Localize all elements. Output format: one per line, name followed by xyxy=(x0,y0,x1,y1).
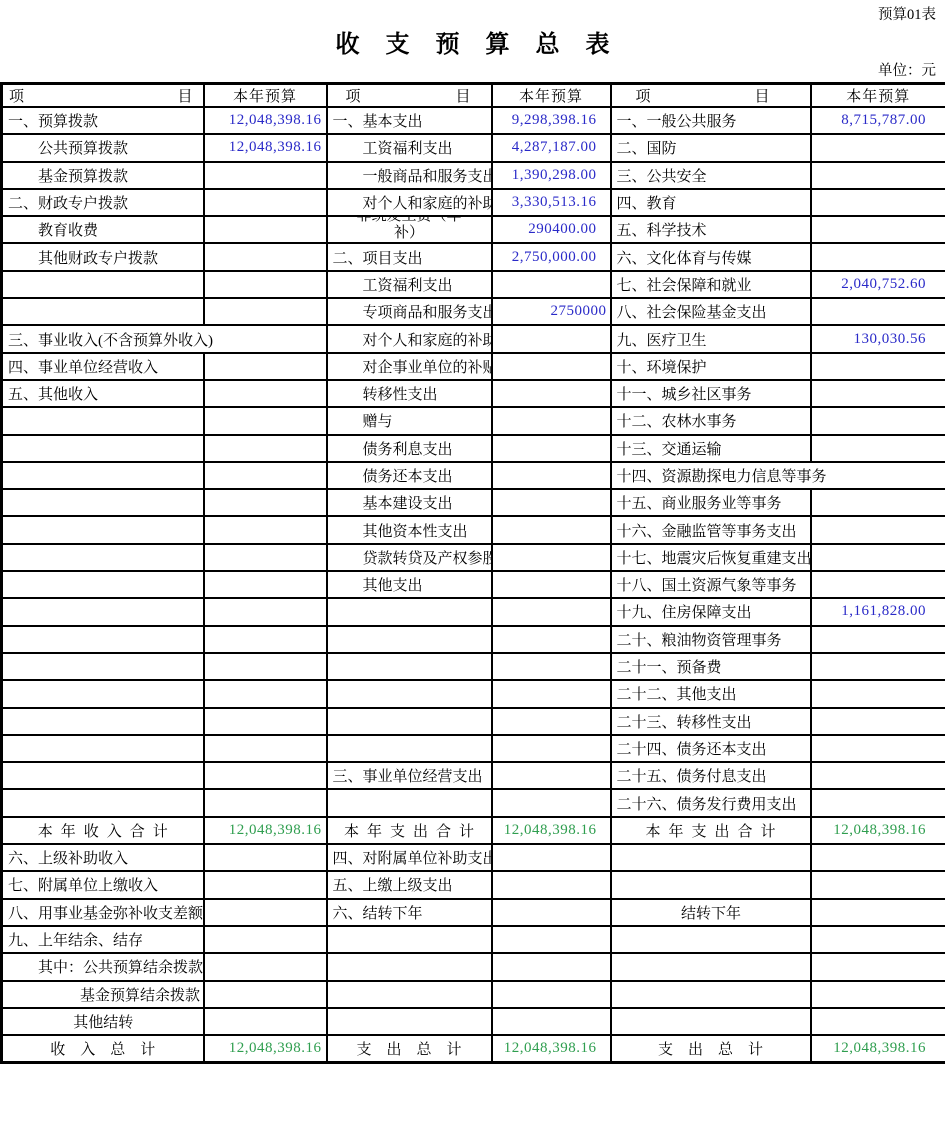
empty-label-cell xyxy=(611,981,811,1008)
empty-value-cell xyxy=(492,680,611,707)
empty-value-cell xyxy=(811,708,945,735)
table-row: 基金预算结余拨款 xyxy=(2,981,945,1008)
empty-value-cell xyxy=(492,489,611,516)
budget-value-cell: 2,040,752.60 xyxy=(811,271,945,298)
empty-value-cell xyxy=(492,653,611,680)
empty-value-cell xyxy=(811,899,945,926)
empty-label-cell xyxy=(327,1008,492,1035)
table-row: 本年收入合计12,048,398.16本年支出合计12,048,398.16本年… xyxy=(2,817,945,844)
empty-value-cell xyxy=(811,762,945,789)
item-label-cell: 基金预算结余拨款 xyxy=(2,981,204,1008)
header-item-left: 项 xyxy=(346,85,361,106)
item-label-cell: 其中：公共预算结余拨款 xyxy=(2,953,204,980)
budget-value-cell: 3,330,513.16 xyxy=(492,189,611,216)
budget-value-cell: 4,287,187.00 xyxy=(492,134,611,161)
empty-value-cell xyxy=(204,762,327,789)
item-label-cell: 二、项目支出 xyxy=(327,243,492,270)
empty-value-cell xyxy=(811,571,945,598)
item-label-cell: 五、科学技术 xyxy=(611,216,811,243)
empty-label-cell xyxy=(611,844,811,871)
empty-value-cell xyxy=(811,926,945,953)
empty-value-cell xyxy=(204,844,327,871)
budget-value-cell: 1,390,298.00 xyxy=(492,162,611,189)
item-label-cell: 五、其他收入 xyxy=(2,380,204,407)
item-label-cell: 对个人和家庭的补助 xyxy=(327,189,492,216)
empty-value-cell xyxy=(492,544,611,571)
item-label-cell: 八、社会保险基金支出 xyxy=(611,298,811,325)
table-row: 四、事业单位经营收入对企事业单位的补贴十、环境保护 xyxy=(2,353,945,380)
item-label-cell: 十一、城乡社区事务 xyxy=(611,380,811,407)
empty-value-cell xyxy=(204,380,327,407)
item-label-cell: 债务还本支出 xyxy=(327,462,492,489)
item-label-cell: 一般商品和服务支出 xyxy=(327,162,492,189)
item-label-cell: 四、事业单位经营收入 xyxy=(2,353,204,380)
budget-value-cell: 2,750,000.00 xyxy=(492,243,611,270)
item-label-cell: 二、财政专户拨款 xyxy=(2,189,204,216)
table-row: 七、附属单位上缴收入五、上缴上级支出 xyxy=(2,871,945,898)
item-label-cell: 四、对附属单位补助支出 xyxy=(327,844,492,871)
table-row: 十九、住房保障支出1,161,828.00 xyxy=(2,598,945,625)
table-row: 二十四、债务还本支出 xyxy=(2,735,945,762)
empty-label-cell xyxy=(327,735,492,762)
empty-label-cell xyxy=(2,271,204,298)
empty-value-cell xyxy=(204,516,327,543)
empty-label-cell xyxy=(327,653,492,680)
header-item-right: 目 xyxy=(754,85,769,106)
table-row: 五、其他收入转移性支出十一、城乡社区事务 xyxy=(2,380,945,407)
empty-label-cell xyxy=(327,981,492,1008)
item-label-cell: 本年支出合计 xyxy=(611,817,811,844)
empty-label-cell xyxy=(2,462,204,489)
empty-value-cell xyxy=(492,271,611,298)
empty-value-cell xyxy=(811,489,945,516)
table-row: 二十三、转移性支出 xyxy=(2,708,945,735)
empty-value-cell xyxy=(204,871,327,898)
header-item-left: 项 xyxy=(636,85,651,106)
item-label-cell: 九、上年结余、结存 xyxy=(2,926,204,953)
item-label-cell: 四、教育 xyxy=(611,189,811,216)
table-row: 债务还本支出十四、资源勘探电力信息等事务 xyxy=(2,462,945,489)
budget-value-cell: 12,048,398.16 xyxy=(204,134,327,161)
header-item-left: 项 xyxy=(9,85,24,106)
table-row: 二十一、预备费 xyxy=(2,653,945,680)
item-label-cell: 十六、金融监管等事务支出 xyxy=(611,516,811,543)
item-label-cell: 七、附属单位上缴收入 xyxy=(2,871,204,898)
budget-value-cell: 8,715,787.00 xyxy=(811,107,945,134)
empty-label-cell xyxy=(611,926,811,953)
budget-value-cell: 9,298,398.16 xyxy=(492,107,611,134)
budget-value-cell: 12,048,398.16 xyxy=(204,1035,327,1062)
empty-value-cell xyxy=(811,162,945,189)
empty-value-cell xyxy=(492,762,611,789)
table-row: 工资福利支出七、社会保障和就业2,040,752.60 xyxy=(2,271,945,298)
empty-value-cell xyxy=(204,462,327,489)
empty-value-cell xyxy=(204,544,327,571)
table-row: 债务利息支出十三、交通运输 xyxy=(2,435,945,462)
item-label-cell: 赠与 xyxy=(327,407,492,434)
table-row: 其他支出十八、国土资源气象等事务 xyxy=(2,571,945,598)
item-label-cell: 十五、商业服务业等事务 xyxy=(611,489,811,516)
empty-value-cell xyxy=(811,735,945,762)
empty-label-cell xyxy=(611,1008,811,1035)
item-label-cell: 教育收费 xyxy=(2,216,204,243)
empty-value-cell xyxy=(204,680,327,707)
budget-table: 项 目 本年预算 项 目 本年预算 项 目 xyxy=(0,82,945,1064)
empty-value-cell xyxy=(492,380,611,407)
empty-value-cell xyxy=(204,162,327,189)
empty-label-cell xyxy=(2,762,204,789)
item-label-cell: 工资福利支出 xyxy=(327,271,492,298)
item-label-cell: 其他支出 xyxy=(327,571,492,598)
item-label-cell: 二十一、预备费 xyxy=(611,653,811,680)
header-item-right: 目 xyxy=(455,85,470,106)
column-header-item-2: 项 目 xyxy=(327,84,492,108)
empty-label-cell xyxy=(2,626,204,653)
empty-value-cell xyxy=(204,708,327,735)
empty-label-cell xyxy=(2,680,204,707)
empty-value-cell xyxy=(811,353,945,380)
table-row: 其他资本性支出十六、金融监管等事务支出 xyxy=(2,516,945,543)
empty-value-cell xyxy=(811,216,945,243)
table-row: 一、预算拨款12,048,398.16一、基本支出9,298,398.16一、一… xyxy=(2,107,945,134)
empty-value-cell xyxy=(811,407,945,434)
empty-value-cell xyxy=(492,708,611,735)
empty-value-cell xyxy=(204,571,327,598)
budget-document-page: 预算01表 收支预算总表 单位：元 项 目 本年预算 项 xyxy=(0,0,945,1137)
item-label-cell: 转移性支出 xyxy=(327,380,492,407)
item-label-cell: 其他财政专户拨款 xyxy=(2,243,204,270)
item-label-cell: 十二、农林水事务 xyxy=(611,407,811,434)
item-label-cell: 非统发工资（年补） xyxy=(327,216,492,243)
table-row: 二十二、其他支出 xyxy=(2,680,945,707)
item-label-cell: 三、公共安全 xyxy=(611,162,811,189)
empty-value-cell xyxy=(204,1008,327,1035)
item-label-cell: 十七、地震灾后恢复重建支出 xyxy=(611,544,811,571)
item-label-cell: 六、文化体育与传媒 xyxy=(611,243,811,270)
item-label-cell: 二十四、债务还本支出 xyxy=(611,735,811,762)
empty-value-cell xyxy=(811,981,945,1008)
empty-label-cell xyxy=(327,598,492,625)
empty-value-cell xyxy=(204,789,327,816)
empty-label-cell xyxy=(2,789,204,816)
empty-label-cell xyxy=(611,953,811,980)
item-label-cell: 公共预算拨款 xyxy=(2,134,204,161)
form-number: 预算01表 xyxy=(878,3,936,24)
budget-value-cell: 2750000 xyxy=(492,298,611,325)
table-row: 三、事业收入(不含预算外收入)对个人和家庭的补助九、医疗卫生130,030.56 xyxy=(2,325,945,352)
empty-value-cell xyxy=(492,789,611,816)
empty-label-cell xyxy=(327,708,492,735)
item-label-cell: 三、事业收入(不含预算外收入) xyxy=(2,325,327,352)
column-header-budget-1: 本年预算 xyxy=(204,84,327,108)
item-label-cell: 贷款转贷及产权参股 xyxy=(327,544,492,571)
table-row: 基本建设支出十五、商业服务业等事务 xyxy=(2,489,945,516)
empty-label-cell xyxy=(2,708,204,735)
budget-value-cell: 12,048,398.16 xyxy=(204,817,327,844)
empty-label-cell xyxy=(2,516,204,543)
empty-value-cell xyxy=(492,735,611,762)
empty-value-cell xyxy=(811,298,945,325)
empty-value-cell xyxy=(492,981,611,1008)
budget-value-cell: 12,048,398.16 xyxy=(811,1035,945,1062)
table-header-row: 项 目 本年预算 项 目 本年预算 项 目 xyxy=(2,84,945,108)
empty-value-cell xyxy=(811,871,945,898)
empty-value-cell xyxy=(204,271,327,298)
item-label-cell: 二十五、债务付息支出 xyxy=(611,762,811,789)
item-label-cell: 一、一般公共服务 xyxy=(611,107,811,134)
table-row: 教育收费非统发工资（年补）290400.00五、科学技术 xyxy=(2,216,945,243)
item-label-cell: 十三、交通运输 xyxy=(611,435,811,462)
empty-value-cell xyxy=(811,516,945,543)
table-row: 二十六、债务发行费用支出 xyxy=(2,789,945,816)
table-row: 二、财政专户拨款对个人和家庭的补助3,330,513.16四、教育 xyxy=(2,189,945,216)
empty-value-cell xyxy=(204,407,327,434)
table-row: 二十、粮油物资管理事务 xyxy=(2,626,945,653)
empty-label-cell xyxy=(2,407,204,434)
item-label-cell: 收入总计 xyxy=(2,1035,204,1062)
item-label-cell: 六、结转下年 xyxy=(327,899,492,926)
table-row: 其他结转 xyxy=(2,1008,945,1035)
empty-value-cell xyxy=(492,926,611,953)
empty-label-cell xyxy=(2,735,204,762)
empty-label-cell xyxy=(2,435,204,462)
empty-value-cell xyxy=(204,216,327,243)
item-label-wrapped: 非统发工资（年补） xyxy=(349,216,469,241)
empty-value-cell xyxy=(204,626,327,653)
budget-table-body: 一、预算拨款12,048,398.16一、基本支出9,298,398.16一、一… xyxy=(2,107,945,1062)
empty-value-cell xyxy=(811,435,945,462)
item-label-cell: 一、基本支出 xyxy=(327,107,492,134)
empty-value-cell xyxy=(492,899,611,926)
empty-value-cell xyxy=(204,735,327,762)
empty-value-cell xyxy=(204,653,327,680)
empty-label-cell xyxy=(327,680,492,707)
empty-value-cell xyxy=(811,243,945,270)
item-label-cell: 八、用事业基金弥补收支差额 xyxy=(2,899,204,926)
empty-value-cell xyxy=(492,953,611,980)
table-row: 其他财政专户拨款二、项目支出2,750,000.00六、文化体育与传媒 xyxy=(2,243,945,270)
item-label-cell: 债务利息支出 xyxy=(327,435,492,462)
budget-value-cell: 290400.00 xyxy=(492,216,611,243)
budget-value-cell: 12,048,398.16 xyxy=(492,817,611,844)
table-row: 专项商品和服务支出2750000八、社会保险基金支出 xyxy=(2,298,945,325)
column-header-item-1: 项 目 xyxy=(2,84,204,108)
empty-value-cell xyxy=(811,653,945,680)
table-row: 收入总计12,048,398.16支出总计12,048,398.16支出总计12… xyxy=(2,1035,945,1062)
page-title: 收支预算总表 xyxy=(336,24,636,59)
empty-value-cell xyxy=(811,680,945,707)
empty-value-cell xyxy=(204,435,327,462)
empty-value-cell xyxy=(492,407,611,434)
empty-value-cell xyxy=(492,844,611,871)
item-label-cell: 一、预算拨款 xyxy=(2,107,204,134)
empty-value-cell xyxy=(204,981,327,1008)
empty-value-cell xyxy=(204,243,327,270)
empty-value-cell xyxy=(811,134,945,161)
empty-value-cell xyxy=(492,871,611,898)
empty-label-cell xyxy=(2,298,204,325)
empty-value-cell xyxy=(811,1008,945,1035)
empty-value-cell xyxy=(204,189,327,216)
table-row: 八、用事业基金弥补收支差额六、结转下年结转下年 xyxy=(2,899,945,926)
item-label-cell: 十、环境保护 xyxy=(611,353,811,380)
item-label-cell: 基金预算拨款 xyxy=(2,162,204,189)
item-label-cell: 二十六、债务发行费用支出 xyxy=(611,789,811,816)
empty-value-cell xyxy=(492,325,611,352)
item-label-cell: 工资福利支出 xyxy=(327,134,492,161)
item-label-cell: 五、上缴上级支出 xyxy=(327,871,492,898)
item-label-cell: 专项商品和服务支出 xyxy=(327,298,492,325)
unit-label: 单位：元 xyxy=(878,59,936,80)
empty-label-cell xyxy=(2,544,204,571)
empty-value-cell xyxy=(492,571,611,598)
empty-label-cell xyxy=(327,926,492,953)
empty-value-cell xyxy=(811,953,945,980)
budget-value-cell: 1,161,828.00 xyxy=(811,598,945,625)
item-label-cell: 基本建设支出 xyxy=(327,489,492,516)
empty-value-cell xyxy=(492,1008,611,1035)
empty-value-cell xyxy=(811,380,945,407)
item-label-cell: 十四、资源勘探电力信息等事务 xyxy=(611,462,945,489)
column-header-budget-3: 本年预算 xyxy=(811,84,945,108)
empty-value-cell xyxy=(204,598,327,625)
item-label-cell: 支出总计 xyxy=(327,1035,492,1062)
item-label-cell: 十八、国土资源气象等事务 xyxy=(611,571,811,598)
empty-value-cell xyxy=(204,953,327,980)
item-label-cell: 六、上级补助收入 xyxy=(2,844,204,871)
item-label-cell: 其他结转 xyxy=(2,1008,204,1035)
empty-label-cell xyxy=(2,489,204,516)
item-label-cell: 二十二、其他支出 xyxy=(611,680,811,707)
header-item-right: 目 xyxy=(177,85,192,106)
table-row: 公共预算拨款12,048,398.16工资福利支出4,287,187.00二、国… xyxy=(2,134,945,161)
table-row: 赠与十二、农林水事务 xyxy=(2,407,945,434)
empty-value-cell xyxy=(492,353,611,380)
table-row: 其中：公共预算结余拨款 xyxy=(2,953,945,980)
empty-value-cell xyxy=(811,626,945,653)
table-row: 基金预算拨款一般商品和服务支出1,390,298.00三、公共安全 xyxy=(2,162,945,189)
item-label-cell: 十九、住房保障支出 xyxy=(611,598,811,625)
empty-value-cell xyxy=(204,899,327,926)
empty-label-cell xyxy=(2,571,204,598)
empty-label-cell xyxy=(327,626,492,653)
empty-value-cell xyxy=(204,298,327,325)
empty-value-cell xyxy=(811,844,945,871)
budget-value-cell: 12,048,398.16 xyxy=(492,1035,611,1062)
item-label-cell: 对个人和家庭的补助 xyxy=(327,325,492,352)
item-label-cell: 支出总计 xyxy=(611,1035,811,1062)
item-label-cell: 九、医疗卫生 xyxy=(611,325,811,352)
item-label-cell: 七、社会保障和就业 xyxy=(611,271,811,298)
empty-label-cell xyxy=(611,871,811,898)
item-label-cell: 二十、粮油物资管理事务 xyxy=(611,626,811,653)
item-label-cell: 本年收入合计 xyxy=(2,817,204,844)
column-header-item-3: 项 目 xyxy=(611,84,811,108)
table-row: 贷款转贷及产权参股十七、地震灾后恢复重建支出 xyxy=(2,544,945,571)
table-row: 六、上级补助收入四、对附属单位补助支出 xyxy=(2,844,945,871)
empty-value-cell xyxy=(811,189,945,216)
empty-label-cell xyxy=(2,653,204,680)
empty-value-cell xyxy=(492,598,611,625)
budget-value-cell: 12,048,398.16 xyxy=(811,817,945,844)
empty-value-cell xyxy=(492,462,611,489)
item-label-cell: 其他资本性支出 xyxy=(327,516,492,543)
item-label-cell: 本年支出合计 xyxy=(327,817,492,844)
item-label-cell: 二、国防 xyxy=(611,134,811,161)
item-label-cell: 三、事业单位经营支出 xyxy=(327,762,492,789)
empty-label-cell xyxy=(327,953,492,980)
empty-value-cell xyxy=(492,516,611,543)
empty-value-cell xyxy=(492,626,611,653)
page-title-wrap: 收支预算总表 xyxy=(0,24,945,59)
budget-value-cell: 12,048,398.16 xyxy=(204,107,327,134)
item-label-cell: 结转下年 xyxy=(611,899,811,926)
empty-value-cell xyxy=(811,789,945,816)
empty-value-cell xyxy=(204,353,327,380)
empty-value-cell xyxy=(204,926,327,953)
column-header-budget-2: 本年预算 xyxy=(492,84,611,108)
empty-value-cell xyxy=(492,435,611,462)
item-label-cell: 对企事业单位的补贴 xyxy=(327,353,492,380)
empty-label-cell xyxy=(327,789,492,816)
item-label-cell: 二十三、转移性支出 xyxy=(611,708,811,735)
table-row: 九、上年结余、结存 xyxy=(2,926,945,953)
empty-value-cell xyxy=(204,489,327,516)
budget-value-cell: 130,030.56 xyxy=(811,325,945,352)
table-row: 三、事业单位经营支出二十五、债务付息支出 xyxy=(2,762,945,789)
empty-label-cell xyxy=(2,598,204,625)
empty-value-cell xyxy=(811,544,945,571)
